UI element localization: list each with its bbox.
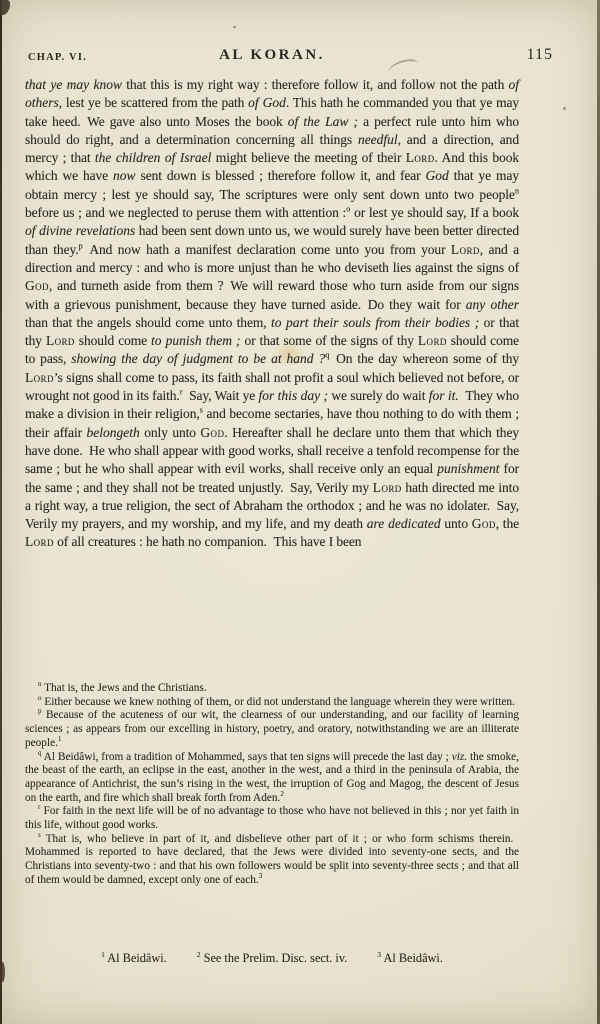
scan-edge-left — [0, 0, 2, 1024]
text-segment: That is, who believe in part of it, and … — [25, 833, 519, 886]
text-segment: to part their souls from their bodies ; — [271, 315, 479, 330]
text-segment: showing the day of judgment to be at han… — [71, 351, 325, 366]
text-segment: for it. — [429, 388, 459, 403]
text-segment: That is, the Jews and the Christians. — [44, 682, 207, 694]
text-segment: Lord — [25, 534, 54, 549]
reference-marker: 3 — [377, 950, 381, 959]
text-segment: are dedicated — [367, 516, 441, 531]
text-segment: , the — [496, 516, 519, 531]
text-segment: sent down is blessed ; therefore follow … — [136, 168, 426, 183]
text-segment: For faith in the next life will be of no… — [25, 805, 519, 831]
text-segment: of divine revelations — [25, 223, 135, 238]
page-header: CHAP. VI. AL KORAN. 115 — [25, 46, 575, 68]
footnote-marker: n — [515, 186, 519, 195]
footnote-marker: 1 — [58, 735, 62, 743]
bottom-reference-2: 2 See the Prelim. Disc. sect. iv. — [197, 951, 348, 966]
text-segment: And now hath a manifest declaration come… — [83, 242, 451, 257]
text-segment: Lord — [25, 370, 54, 385]
text-segment: now — [113, 168, 136, 183]
footnote-o: o Either because we knew nothing of them… — [25, 696, 519, 710]
text-segment: Say, Wait ye — [183, 388, 259, 403]
text-segment: Lord — [451, 242, 480, 257]
text-segment: Either because we knew nothing of them, … — [44, 696, 515, 708]
text-segment: unto — [441, 516, 472, 531]
text-segment: the children of Israel — [95, 150, 211, 165]
reference-marker: 2 — [197, 950, 201, 959]
text-segment: God — [25, 278, 49, 293]
footnote-q: q Al Beidâwi, from a tradition of Mohamm… — [25, 751, 519, 806]
footnote-marker: o — [38, 694, 42, 702]
footnote-marker: r — [38, 804, 40, 812]
page-number: 115 — [527, 46, 553, 64]
text-segment: On the day whereon some of thy — [329, 351, 519, 366]
text-segment: Lord — [406, 150, 435, 165]
text-segment: viz. — [452, 751, 467, 763]
text-segment: God — [426, 168, 449, 183]
footnote-n: n That is, the Jews and the Christians. — [25, 682, 519, 696]
text-segment: should come — [75, 333, 151, 348]
text-segment: for this day ; — [259, 388, 329, 403]
text-segment: of all creatures : he hath no companion.… — [54, 534, 362, 549]
bottom-reference-1: 1 Al Beidâwi. — [101, 951, 167, 966]
text-segment: that this is my right way : therefore fo… — [122, 77, 508, 92]
text-segment: or lest ye should say, If a book — [350, 205, 519, 220]
text-segment: , lest ye be scattered from the path — [59, 95, 248, 110]
main-text-paragraph: that ye may know that this is my right w… — [25, 76, 519, 552]
text-segment: before us ; and we neglected to peruse t… — [25, 205, 346, 220]
text-segment: we surely do wait — [328, 388, 429, 403]
reference-marker: 1 — [101, 950, 105, 959]
text-segment: any other — [466, 297, 519, 312]
footnote-marker: 2 — [280, 790, 284, 798]
footnote-marker: 3 — [259, 872, 263, 880]
text-segment: might believe the meeting of their — [211, 150, 405, 165]
text-segment: Al Beidâwi, from a tradition of Mohammed… — [44, 751, 452, 763]
text-segment: belongeth — [87, 425, 140, 440]
paper-speck — [563, 107, 566, 110]
text-segment: Lord — [46, 333, 75, 348]
text-segment: or that some of the signs of thy — [241, 333, 418, 348]
paper-speck — [233, 26, 236, 28]
scan-corner-artifact — [0, 0, 10, 15]
text-segment: God — [200, 425, 224, 440]
text-segment: Lord — [418, 333, 447, 348]
text-segment: of God — [248, 95, 286, 110]
footnote-p: p Because of the acuteness of our wit, t… — [25, 709, 519, 750]
running-title: AL KORAN. — [25, 47, 519, 64]
text-segment: Lord — [373, 480, 402, 495]
text-segment: that ye may know — [25, 77, 122, 92]
footnote-s: s That is, who believe in part of it, an… — [25, 833, 519, 888]
text-segment: to punish them ; — [151, 333, 241, 348]
text-segment: , and turneth aside from them ? We will … — [25, 278, 519, 311]
book-page: CHAP. VI. AL KORAN. 115 that ye may know… — [0, 0, 600, 1024]
bottom-references: 1 Al Beidâwi.2 See the Prelim. Disc. sec… — [25, 951, 519, 966]
text-segment: punishment — [437, 461, 499, 476]
footnote-marker: p — [38, 708, 42, 716]
scan-edge-artifact — [0, 962, 5, 982]
footnote-marker: q — [38, 749, 42, 757]
footnote-marker: s — [38, 831, 41, 839]
text-segment: than that the angels should come unto th… — [25, 315, 271, 330]
text-segment: only unto — [140, 425, 201, 440]
text-segment: of the Law ; — [288, 114, 358, 129]
text-segment: God — [472, 516, 496, 531]
footnote-r: r For faith in the next life will be of … — [25, 805, 519, 832]
text-segment: needful — [358, 132, 398, 147]
footnotes-section: n That is, the Jews and the Christians.o… — [25, 682, 519, 888]
footnote-marker: n — [38, 680, 42, 688]
text-segment: Because of the acuteness of our wit, the… — [25, 709, 519, 748]
bottom-reference-3: 3 Al Beidâwi. — [377, 951, 443, 966]
